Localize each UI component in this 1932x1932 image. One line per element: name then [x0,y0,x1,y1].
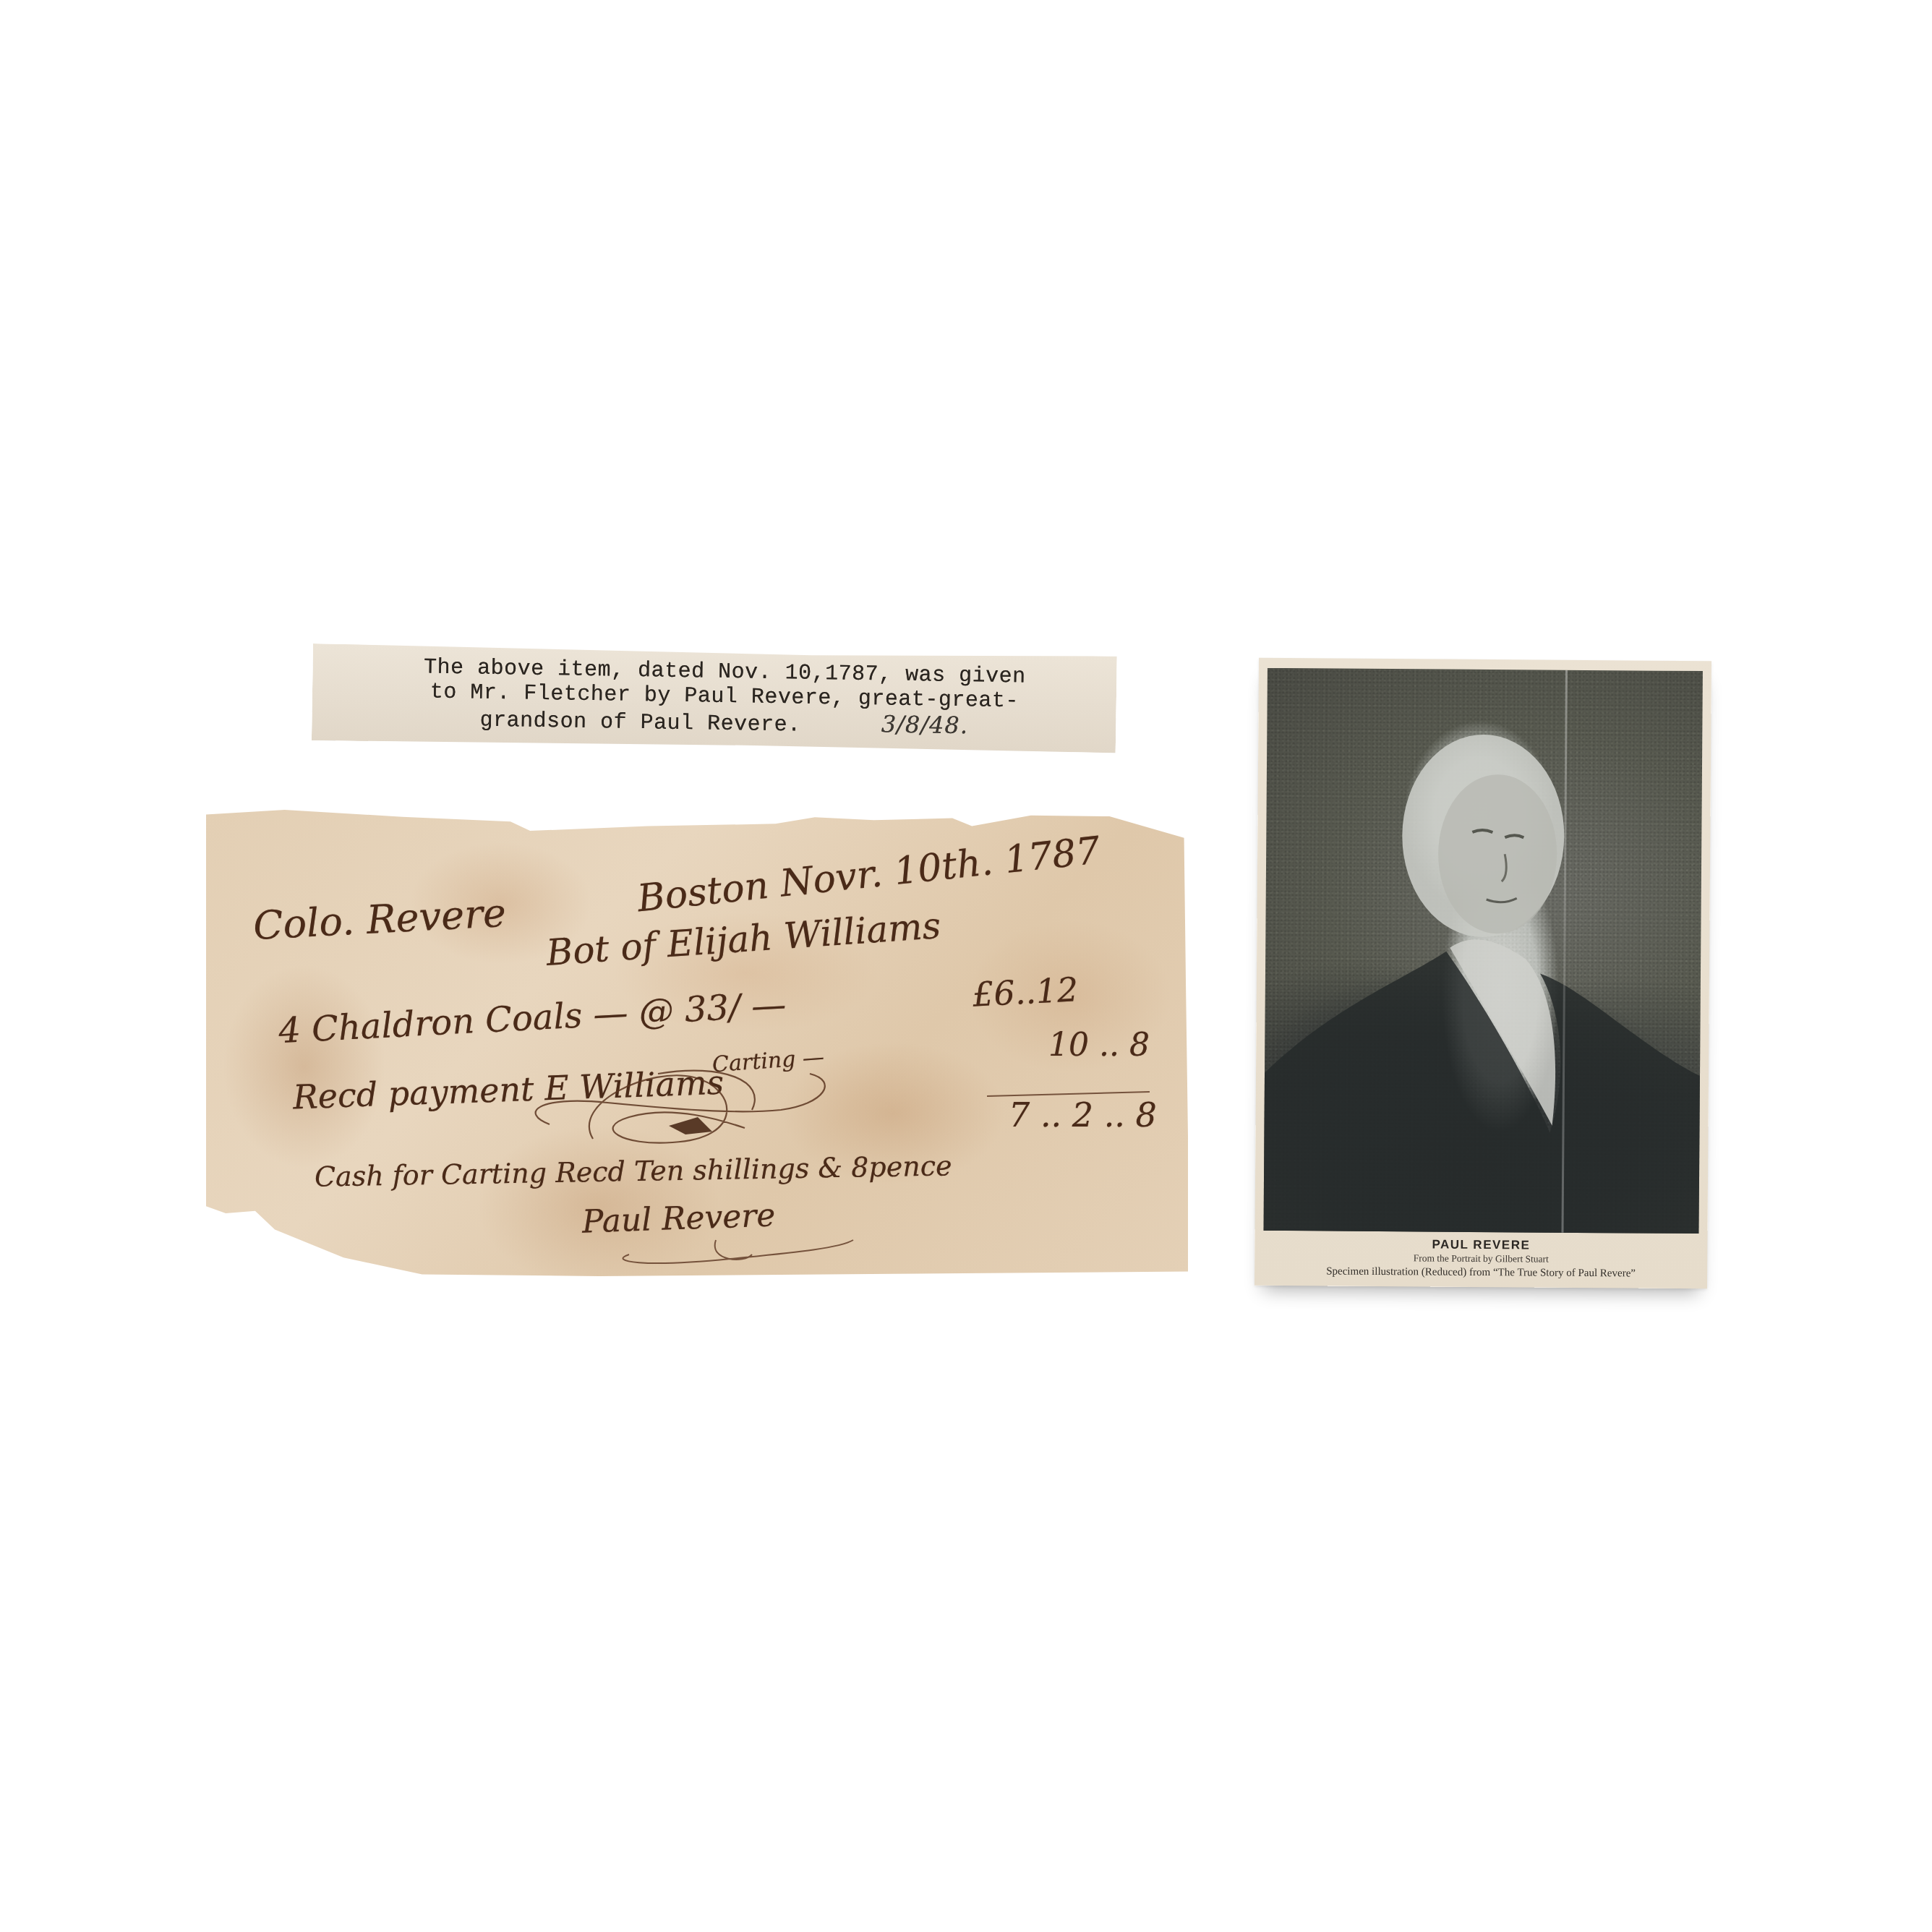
portrait-clipping: PAUL REVERE From the Portrait by Gilbert… [1254,658,1711,1288]
handwritten-receipt: Colo. Revere Boston Novr. 10th. 1787 Bot… [206,810,1188,1276]
typed-provenance-text: The above item, dated Nov. 10,1787, was … [369,654,1080,742]
receipt-coal-amount: £6..12 [972,970,1080,1014]
receipt-cash-note: Cash for Carting Recd Ten shillings & 8p… [315,1150,952,1192]
receipt-addressee: Colo. Revere [252,890,508,949]
ink-flourish-icon [506,1059,846,1164]
receipt-dateline: Boston Novr. 10th. 1787 [636,829,1103,921]
typed-provenance-strip: The above item, dated Nov. 10,1787, was … [312,644,1117,753]
caption-specimen: Specimen illustration (Reduced) from “Th… [1254,1264,1707,1281]
handwritten-date: 3/8/48. [881,710,969,739]
portrait-image [1264,668,1703,1234]
portrait-caption: PAUL REVERE From the Portrait by Gilbert… [1254,1236,1707,1281]
receipt-bought-of: Bot of Elijah Williams [545,905,942,974]
receipt-total-amount: 7 .. 2 .. 8 [1009,1095,1157,1134]
signature-flourish-icon [600,1211,868,1269]
portrait-figure-icon [1264,668,1703,1234]
receipt-item-line: 4 Chaldron Coals — @ 33/ — [278,985,787,1052]
receipt-carting-amount: 10 .. 8 [1048,1027,1150,1064]
typed-line-3-text: grandson of Paul Revere. [479,709,801,738]
